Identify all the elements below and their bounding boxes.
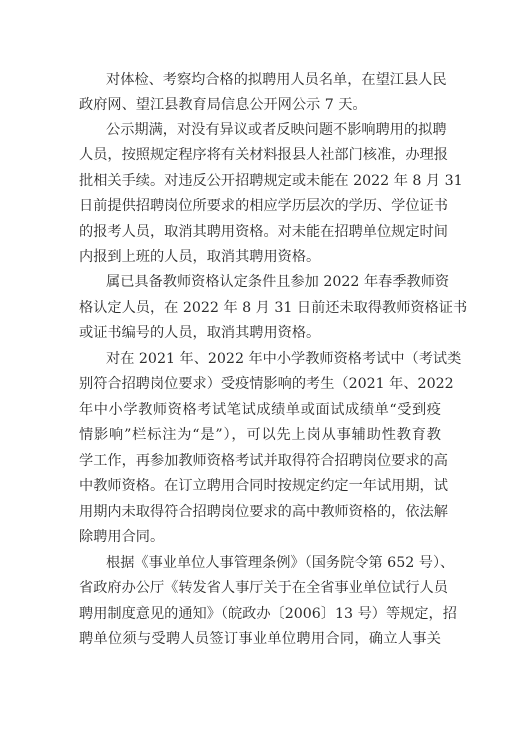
paragraph-3-line-2: 格认定人员，在 2022 年 8 月 31 日前还未取得教师资格证书 [79, 296, 441, 321]
paragraph-2-line-5: 的报考人员，取消其聘用资格。对未能在招聘单位规定时间 [79, 220, 441, 245]
paragraph-4-line-7: 用期内未取得符合招聘岗位要求的高中教师资格的，依法解 [79, 500, 441, 525]
paragraph-4-line-1: 对在 2021 年、2022 年中小学教师资格考试中（考试类 [106, 347, 441, 372]
paragraph-4-line-3: 年中小学教师资格考试笔试成绩单或面试成绩单“受到疫 [79, 398, 441, 423]
document-page: 对体检、考察均合格的拟聘用人员名单，在望江县人民 政府网、望江县教育局信息公开网… [0, 0, 519, 735]
paragraph-5-line-3: 聘用制度意见的通知》（皖政办〔2006〕13 号）等规定，招 [79, 602, 441, 627]
paragraph-3-line-3: 或证书编号的人员，取消其聘用资格。 [79, 321, 441, 346]
paragraph-4-line-6: 中教师资格。在订立聘用合同时按规定约定一年试用期，试 [79, 474, 441, 499]
paragraph-2-line-3: 批相关手续。对违反公开招聘规定或未能在 2022 年 8 月 31 [79, 169, 441, 194]
paragraph-1-line-2: 政府网、望江县教育局信息公开网公示 7 天。 [79, 93, 441, 118]
paragraph-4-line-2: 别符合招聘岗位要求）受疫情影响的考生（2021 年、2022 [79, 372, 441, 397]
paragraph-5-line-4: 聘单位须与受聘人员签订事业单位聘用合同，确立人事关 [79, 627, 441, 652]
paragraph-4-line-5: 学工作，再参加教师资格考试并取得符合招聘岗位要求的高 [79, 449, 441, 474]
paragraph-5-line-1: 根据《事业单位人事管理条例》（国务院令第 652 号）、 [106, 551, 441, 576]
paragraph-5-line-2: 省政府办公厅《转发省人事厅关于在全省事业单位试行人员 [79, 576, 441, 601]
paragraph-4-line-8: 除聘用合同。 [79, 525, 441, 550]
paragraph-4-line-4: 情影响”栏标注为“是”），可以先上岗从事辅助性教育教 [79, 423, 441, 448]
paragraph-2-line-2: 人员，按照规定程序将有关材料报县人社部门核准，办理报 [79, 143, 441, 168]
paragraph-1-line-1: 对体检、考察均合格的拟聘用人员名单，在望江县人民 [106, 68, 441, 93]
paragraph-2-line-6: 内报到上班的人员，取消其聘用资格。 [79, 245, 441, 270]
paragraph-2-line-1: 公示期满，对没有异议或者反映问题不影响聘用的拟聘 [106, 118, 441, 143]
paragraph-3-line-1: 属已具备教师资格认定条件且参加 2022 年春季教师资 [106, 270, 441, 295]
paragraph-2-line-4: 日前提供招聘岗位所要求的相应学历层次的学历、学位证书 [79, 194, 441, 219]
